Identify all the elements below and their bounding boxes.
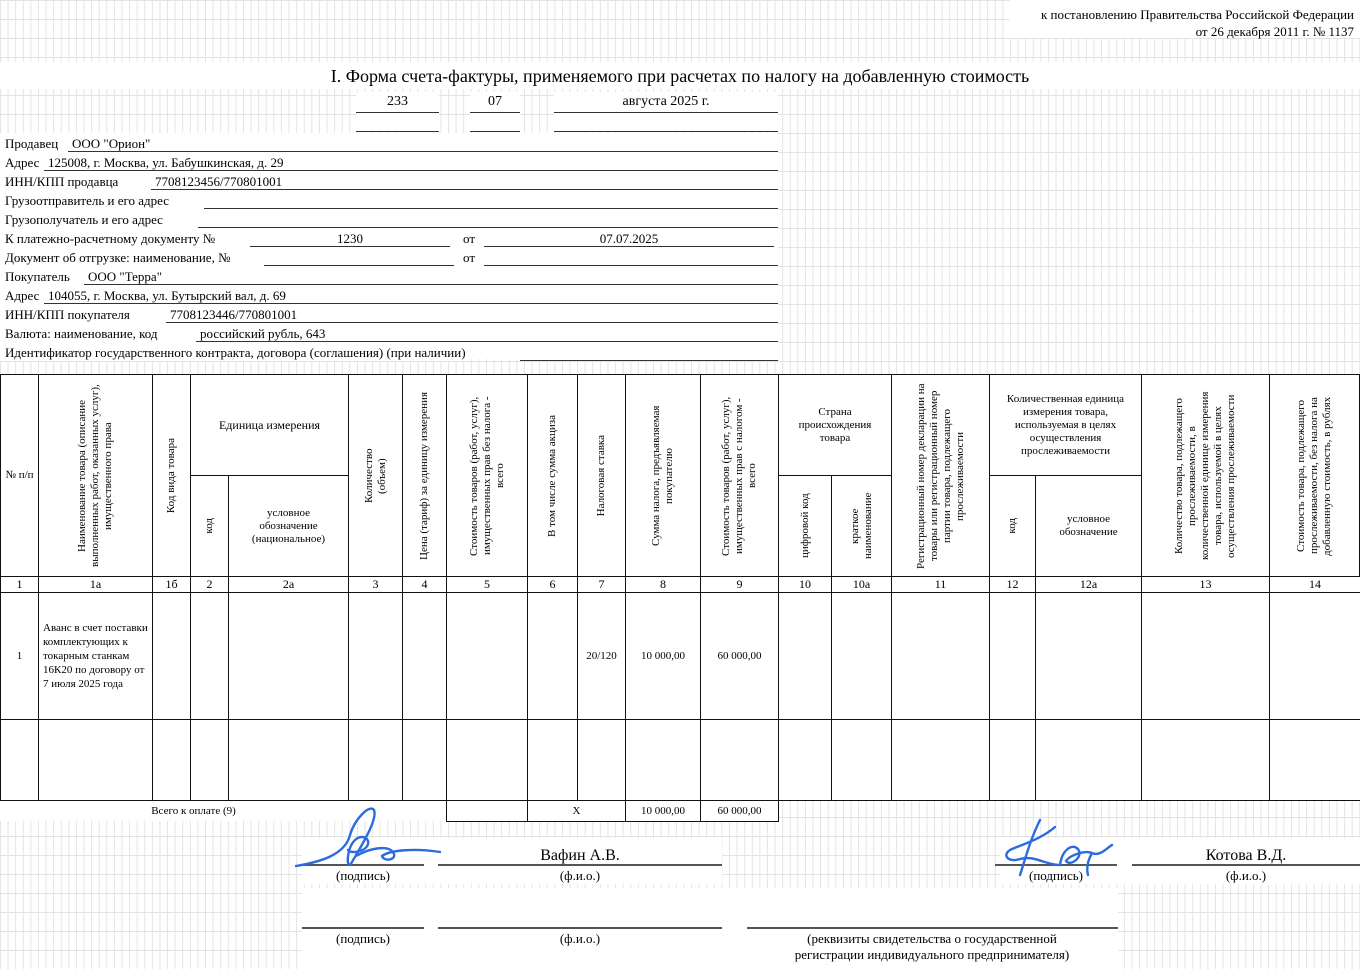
- th-c8-text: Сумма налога, предъявляемая покупателю: [650, 396, 676, 556]
- column-number-c3: 3: [348, 576, 403, 593]
- seller-inn-row: ИНН/КПП продавца 7708123456/770801001: [0, 172, 778, 191]
- th-c12-text: код: [1006, 518, 1019, 534]
- th-c10-text: цифровой код: [799, 486, 812, 566]
- table-cell-c1a[interactable]: [38, 719, 153, 801]
- currency-label: Валюта: наименование, код: [0, 324, 158, 342]
- table-cell-c2[interactable]: [190, 719, 229, 801]
- ip-cert-line: [747, 927, 1118, 929]
- th-c6: В том числе сумма акциза: [527, 374, 578, 577]
- th-c14: Стоимость товара, подлежащего прослежива…: [1269, 374, 1360, 577]
- right-signature-icon: [1000, 815, 1115, 880]
- table-cell-c5[interactable]: [446, 719, 528, 801]
- table-cell-c7[interactable]: [577, 719, 626, 801]
- seller-field[interactable]: ООО "Орион": [68, 134, 778, 152]
- table-cell-c11[interactable]: [891, 592, 990, 720]
- seller-address-row: Адрес 125008, г. Москва, ул. Бабушкинска…: [0, 153, 778, 172]
- total-c5[interactable]: [446, 800, 528, 822]
- buyer-address-field[interactable]: 104055, г. Москва, ул. Бутырский вал, д.…: [44, 286, 778, 304]
- th-c1a: Наименование товара (описание выполненны…: [38, 374, 153, 577]
- th-c5: Стоимость товаров (работ, услуг), имущес…: [446, 374, 528, 577]
- payment-doc-from-label: от: [458, 229, 475, 247]
- table-cell-c13[interactable]: [1141, 719, 1270, 801]
- table-cell-c2a[interactable]: [228, 719, 349, 801]
- table-cell-c10[interactable]: [778, 719, 832, 801]
- currency-field[interactable]: российский рубль, 643: [196, 324, 778, 342]
- invoice-month-year[interactable]: августа 2025 г.: [554, 92, 778, 113]
- th-c3: Количество (объем): [348, 374, 403, 577]
- total-c9[interactable]: 60 000,00: [700, 800, 779, 822]
- table-cell-c9[interactable]: [700, 719, 779, 801]
- table-cell-c8[interactable]: 10 000,00: [625, 592, 701, 720]
- consignee-field[interactable]: [198, 210, 778, 228]
- buyer-field[interactable]: ООО "Терра": [84, 267, 778, 285]
- table-cell-c4[interactable]: [402, 719, 447, 801]
- th-c3-text: Количество (объем): [363, 436, 389, 516]
- th-c9: Стоимость товаров (работ, услуг), имущес…: [700, 374, 779, 577]
- th-country-group-text: Страна происхождения товара: [790, 406, 880, 445]
- seller-inn-label: ИНН/КПП продавца: [0, 172, 118, 190]
- th-c11: Регистрационный номер декларации на това…: [891, 374, 990, 577]
- buyer-inn-field[interactable]: 7708123446/770801001: [166, 305, 778, 323]
- th-c1-text: № п/п: [5, 469, 33, 482]
- payment-doc-number-field[interactable]: 1230: [250, 229, 450, 247]
- th-unit-group-text: Единица измерения: [219, 419, 320, 432]
- th-c11-text: Регистрационный номер декларации на това…: [915, 378, 967, 574]
- table-cell-c9[interactable]: 60 000,00: [700, 592, 779, 720]
- table-cell-c14[interactable]: [1269, 592, 1360, 720]
- ip-signature-caption: (подпись): [302, 931, 424, 947]
- annotation-line-1: к постановлению Правительства Российской…: [1041, 6, 1354, 23]
- th-c10a: краткое наименование: [831, 475, 892, 577]
- shipper-field[interactable]: [204, 191, 778, 209]
- table-cell-c1[interactable]: 1: [0, 592, 39, 720]
- th-c9-text: Стоимость товаров (работ, услуг), имущес…: [720, 386, 759, 566]
- column-number-c9: 9: [700, 576, 779, 593]
- th-c10: цифровой код: [778, 475, 832, 577]
- shipment-doc-label: Документ об отгрузке: наименование, №: [0, 248, 230, 266]
- table-cell-c1[interactable]: [0, 719, 39, 801]
- th-c1b-text: Код вида товара: [165, 438, 178, 513]
- table-cell-c5[interactable]: [446, 592, 528, 720]
- table-cell-c3[interactable]: [348, 592, 403, 720]
- seller-address-field[interactable]: 125008, г. Москва, ул. Бабушкинская, д. …: [44, 153, 778, 171]
- buyer-address-label: Адрес: [0, 286, 39, 304]
- th-c5-text: Стоимость товаров (работ, услуг), имущес…: [468, 386, 507, 566]
- th-c2: код: [190, 475, 229, 577]
- table-cell-c14[interactable]: [1269, 719, 1360, 801]
- regulation-annotation: к постановлению Правительства Российской…: [1041, 6, 1354, 40]
- invoice-number[interactable]: 233: [356, 92, 439, 113]
- table-cell-c12a[interactable]: [1035, 592, 1142, 720]
- th-c12a: условное обозначение: [1035, 475, 1142, 577]
- th-c2a: условное обозначение (национальное): [228, 475, 349, 577]
- contract-id-field[interactable]: [520, 343, 778, 361]
- table-cell-c7[interactable]: 20/120: [577, 592, 626, 720]
- th-c2a-text: условное обозначение (национальное): [239, 507, 339, 546]
- column-number-c1b: 1б: [152, 576, 191, 593]
- column-number-c2: 2: [190, 576, 229, 593]
- th-c6-text: В том числе сумма акциза: [546, 415, 559, 537]
- th-c12: код: [989, 475, 1036, 577]
- table-cell-c8[interactable]: [625, 719, 701, 801]
- table-cell-c12[interactable]: [989, 719, 1036, 801]
- shipment-doc-date-field[interactable]: [484, 248, 778, 266]
- shipper-row: Грузоотправитель и его адрес: [0, 191, 778, 210]
- column-number-c10a: 10а: [831, 576, 892, 593]
- th-c1a-text: Наименование товара (описание выполненны…: [76, 378, 115, 574]
- consignee-row: Грузополучатель и его адрес: [0, 210, 778, 229]
- table-cell-c10a[interactable]: [831, 592, 892, 720]
- table-cell-c11[interactable]: [891, 719, 990, 801]
- th-c13-text: Количество товара, подлежащего прослежив…: [1173, 391, 1238, 561]
- column-number-c4: 4: [402, 576, 447, 593]
- th-c7-text: Налоговая ставка: [595, 435, 608, 516]
- th-c2-text: код: [203, 518, 216, 534]
- column-number-c1a: 1а: [38, 576, 153, 593]
- table-cell-c13[interactable]: [1141, 592, 1270, 720]
- th-c4-text: Цена (тариф) за единицу измерения: [418, 378, 431, 574]
- ip-signature-line: [302, 927, 424, 929]
- table-cell-c3[interactable]: [348, 719, 403, 801]
- th-c12a-text: условное обозначение: [1049, 513, 1129, 539]
- buyer-inn-label: ИНН/КПП покупателя: [0, 305, 130, 323]
- contract-id-row: Идентификатор государственного контракта…: [0, 343, 778, 362]
- table-cell-c12a[interactable]: [1035, 719, 1142, 801]
- th-c14-text: Стоимость товара, подлежащего прослежива…: [1295, 391, 1334, 561]
- payment-doc-row: К платежно-расчетному документу № 1230 о…: [0, 229, 778, 248]
- table-cell-c1b[interactable]: [152, 719, 191, 801]
- ip-name-line: [438, 927, 722, 929]
- buyer-row: Покупатель ООО "Терра": [0, 267, 778, 286]
- column-number-c7: 7: [577, 576, 626, 593]
- shipper-label: Грузоотправитель и его адрес: [0, 191, 169, 209]
- left-signature-icon: [290, 800, 450, 872]
- column-number-c5: 5: [446, 576, 528, 593]
- table-cell-c1a[interactable]: Аванс в счет поставки комплектующих к то…: [38, 592, 153, 720]
- column-number-c14: 14: [1269, 576, 1360, 593]
- th-c7: Налоговая ставка: [577, 374, 626, 577]
- column-number-c12: 12: [989, 576, 1036, 593]
- seller-label: Продавец: [0, 134, 58, 152]
- table-cell-c4[interactable]: [402, 592, 447, 720]
- th-c13: Количество товара, подлежащего прослежив…: [1141, 374, 1270, 577]
- table-cell-c6[interactable]: [527, 719, 578, 801]
- column-number-c6: 6: [527, 576, 578, 593]
- table-cell-c10a[interactable]: [831, 719, 892, 801]
- left-signer-name[interactable]: Вафин А.В.: [438, 847, 722, 865]
- table-cell-c10[interactable]: [778, 592, 832, 720]
- table-cell-c2[interactable]: [190, 592, 229, 720]
- table-cell-c6[interactable]: [527, 592, 578, 720]
- th-trace-unit-group: Количественная единица измерения товара,…: [989, 374, 1142, 476]
- table-cell-c2a[interactable]: [228, 592, 349, 720]
- ip-cert-caption: (реквизиты свидетельства о государственн…: [787, 931, 1077, 963]
- payment-doc-label: К платежно-расчетному документу №: [0, 229, 215, 247]
- page-title: I. Форма счета-фактуры, применяемого при…: [0, 62, 1360, 90]
- column-number-c1: 1: [0, 576, 39, 593]
- invoice-day[interactable]: 07: [470, 92, 520, 113]
- th-unit-group: Единица измерения: [190, 374, 349, 476]
- correction-number[interactable]: [356, 113, 439, 132]
- payment-doc-date-field[interactable]: 07.07.2025: [484, 229, 774, 247]
- th-c1b: Код вида товара: [152, 374, 191, 577]
- right-signer-name[interactable]: Котова В.Д.: [1132, 847, 1360, 865]
- consignee-label: Грузополучатель и его адрес: [0, 210, 163, 228]
- total-c8[interactable]: 10 000,00: [625, 800, 701, 822]
- ip-name-caption: (ф.и.о.): [438, 931, 722, 947]
- th-trace-unit-group-text: Количественная единица измерения товара,…: [1001, 393, 1131, 458]
- column-number-c10: 10: [778, 576, 832, 593]
- right-name-caption: (ф.и.о.): [1132, 868, 1360, 884]
- currency-row: Валюта: наименование, код российский руб…: [0, 324, 778, 343]
- column-number-c13: 13: [1141, 576, 1270, 593]
- shipment-doc-from-label: от: [458, 248, 475, 266]
- column-number-c11: 11: [891, 576, 990, 593]
- annotation-line-2: от 26 декабря 2011 г. № 1137: [1041, 23, 1354, 40]
- seller-address-label: Адрес: [0, 153, 39, 171]
- seller-row: Продавец ООО "Орион": [0, 134, 778, 153]
- shipment-doc-field[interactable]: [264, 248, 454, 266]
- column-number-c12a: 12а: [1035, 576, 1142, 593]
- seller-inn-field[interactable]: 7708123456/770801001: [151, 172, 778, 190]
- buyer-inn-row: ИНН/КПП покупателя 7708123446/770801001: [0, 305, 778, 324]
- column-number-c8: 8: [625, 576, 701, 593]
- table-cell-c12[interactable]: [989, 592, 1036, 720]
- column-number-c2a: 2а: [228, 576, 349, 593]
- th-c8: Сумма налога, предъявляемая покупателю: [625, 374, 701, 577]
- left-name-caption: (ф.и.о.): [438, 868, 722, 884]
- th-country-group: Страна происхождения товара: [778, 374, 892, 476]
- th-c1: № п/п: [0, 374, 39, 577]
- shipment-doc-row: Документ об отгрузке: наименование, № от: [0, 248, 778, 267]
- table-cell-c1b[interactable]: [152, 592, 191, 720]
- total-c6-c7: Х: [527, 800, 626, 822]
- th-c10a-text: краткое наименование: [849, 481, 875, 571]
- buyer-label: Покупатель: [0, 267, 70, 285]
- correction-day[interactable]: [470, 113, 520, 132]
- buyer-address-row: Адрес 104055, г. Москва, ул. Бутырский в…: [0, 286, 778, 305]
- contract-id-label: Идентификатор государственного контракта…: [0, 343, 466, 361]
- correction-date[interactable]: [554, 113, 778, 132]
- th-c4: Цена (тариф) за единицу измерения: [402, 374, 447, 577]
